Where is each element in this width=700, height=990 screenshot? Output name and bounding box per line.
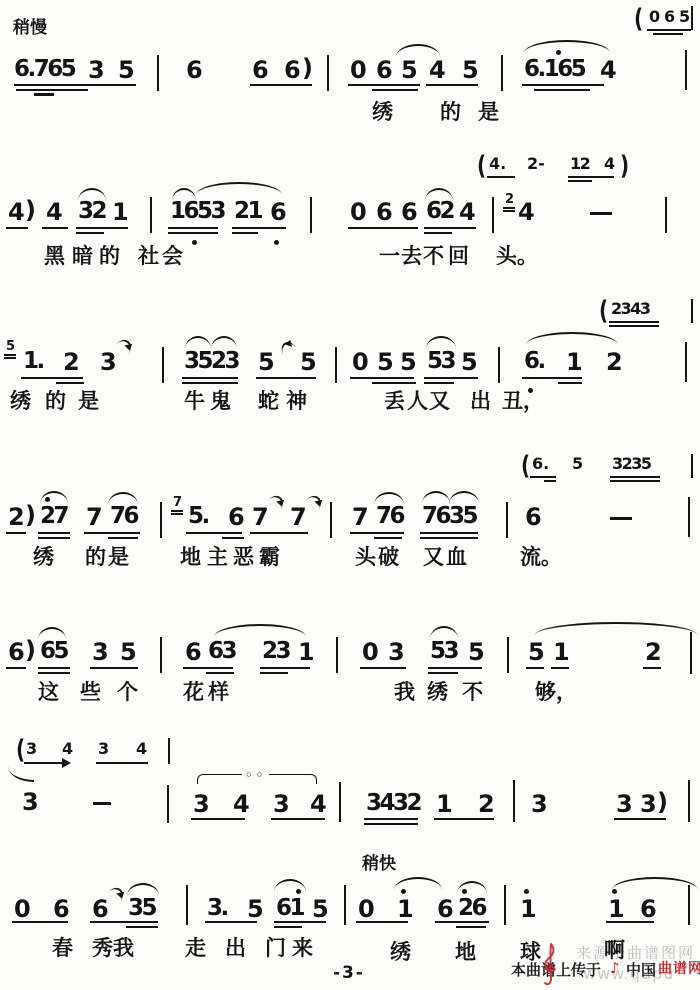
barline <box>688 885 690 925</box>
lyric: 个 <box>117 682 138 703</box>
note: 6 <box>92 897 108 921</box>
lyric: 头 <box>355 547 376 568</box>
beam-line <box>568 180 592 182</box>
note: 2 <box>645 640 661 664</box>
note: 1 <box>436 792 452 816</box>
octave-dot <box>524 889 529 894</box>
lyric: 黑 <box>44 246 65 267</box>
note: 6 <box>228 505 244 529</box>
beam-line <box>424 227 476 229</box>
lyric: 又 <box>423 547 444 568</box>
lyric: 走 <box>185 938 206 959</box>
slur-arc <box>211 336 237 349</box>
beam-line <box>90 921 158 923</box>
tempo-marking-fast: 稍快 <box>362 856 396 873</box>
beam-line <box>364 818 418 820</box>
lyric: 的 <box>440 102 461 123</box>
beam-line <box>428 672 458 674</box>
note: 3 <box>388 640 404 664</box>
portamento-down-icon <box>115 336 134 355</box>
beam-line <box>360 667 406 669</box>
beam-line <box>96 762 148 764</box>
parenthesis: ( <box>634 5 643 31</box>
beam-line <box>653 33 683 35</box>
note: 53 <box>427 350 454 373</box>
beam-line <box>420 532 478 534</box>
barline <box>330 502 332 538</box>
note: 21 <box>234 200 261 223</box>
lyric: 回 <box>448 246 469 267</box>
lyric: 我 <box>113 938 134 959</box>
cue-note: 4. <box>489 156 506 172</box>
slur-arc <box>172 188 196 201</box>
beam-line <box>434 818 494 820</box>
cue-note: 2- <box>527 156 545 172</box>
note: 4 <box>233 792 249 816</box>
lyric: 绣 <box>372 102 393 123</box>
beam-line <box>126 926 158 928</box>
slur-arc <box>524 40 610 53</box>
note: 1. <box>23 350 43 373</box>
note: 2 <box>606 350 622 374</box>
beam-line <box>487 176 515 178</box>
lyric: 破 <box>378 547 399 568</box>
beam-line <box>256 377 316 379</box>
note: 27 <box>40 505 67 528</box>
note: 3 <box>193 792 209 816</box>
beam-line <box>522 84 604 86</box>
note: 6 <box>284 58 300 82</box>
beam-line <box>274 921 326 923</box>
cue-note: 6. <box>532 456 549 472</box>
beam-line <box>424 382 454 384</box>
slur-arc <box>449 491 479 504</box>
note: 5 <box>312 897 328 921</box>
slur-arc <box>40 491 68 504</box>
barline <box>344 885 346 925</box>
slur-arc <box>374 492 404 505</box>
note: 5 <box>118 58 134 82</box>
lyric: 绣 <box>427 682 448 703</box>
slur-arc <box>108 492 138 505</box>
lyric: 流。 <box>520 547 562 568</box>
lyric: 丢 <box>384 391 405 412</box>
beam-line <box>606 921 654 923</box>
note: 6 <box>376 58 392 82</box>
lyric: 人 <box>407 391 428 412</box>
parenthesis: ( <box>521 452 530 478</box>
cue-note: 3 <box>98 741 109 757</box>
beam-line <box>34 93 54 96</box>
note: 5 <box>462 58 478 82</box>
beam-line <box>610 476 660 478</box>
beam-line <box>551 667 569 669</box>
octave-dot <box>274 240 279 245</box>
beam-line <box>168 227 218 229</box>
note: 3 <box>88 58 104 82</box>
beam-line <box>348 227 418 229</box>
lyric: 的 <box>45 391 66 412</box>
beam-line <box>372 89 418 91</box>
beam-line <box>206 672 234 674</box>
slur-arc <box>457 881 487 894</box>
barline <box>688 497 690 537</box>
beam-line <box>424 232 452 234</box>
lyric: 血 <box>446 547 467 568</box>
cue-note: 3235 <box>612 456 651 472</box>
lyric: 啊 <box>604 940 625 961</box>
beam-line <box>530 476 556 478</box>
barline <box>665 197 667 233</box>
dash-rest <box>610 517 632 520</box>
beam-line <box>205 921 257 923</box>
lyric: 秀 <box>92 938 113 959</box>
watermark-site-logo-text: 曲谱网 <box>658 962 700 976</box>
slur-arc <box>185 336 211 349</box>
beam-line <box>42 227 68 229</box>
note: 6 <box>53 897 69 921</box>
note: 0 <box>362 640 378 664</box>
beam-line <box>232 232 258 234</box>
beam-line <box>168 232 218 234</box>
dash-rest <box>93 802 111 805</box>
beam-line <box>356 921 408 923</box>
note: 3523 <box>184 350 238 373</box>
beam-line <box>108 537 138 539</box>
lyric: 门 <box>265 938 286 959</box>
barline <box>685 342 687 382</box>
barline <box>506 502 508 538</box>
sheet-music-page: 来源于曲谱图网 www.qupu 6.76535666)065456.1654(… <box>0 0 700 990</box>
lyric: 不 <box>423 246 444 267</box>
logo-note-icon: ♪ <box>610 961 620 976</box>
lyric: 又 <box>429 391 450 412</box>
note: 4 <box>600 58 616 82</box>
lyric: 会 <box>162 246 183 267</box>
beam-line <box>182 382 238 384</box>
parenthesis: ( <box>16 736 25 762</box>
slur-arc <box>196 182 282 195</box>
beam-line <box>90 667 138 669</box>
slur-arc <box>214 624 306 637</box>
note: 6 <box>8 640 24 664</box>
beam-line <box>364 823 418 825</box>
beam-line <box>350 377 414 379</box>
beam-line <box>21 377 83 379</box>
portamento-down-icon <box>267 492 286 511</box>
octave-dot <box>192 240 197 245</box>
lyric: 一 <box>379 246 400 267</box>
note: 6 <box>186 58 202 82</box>
barline <box>498 347 500 383</box>
beam-line <box>232 227 286 229</box>
beam-line <box>6 532 26 534</box>
note: 7635 <box>422 505 476 528</box>
note: 3 <box>100 350 116 374</box>
barline <box>310 197 312 233</box>
lyric: 鬼 <box>210 391 231 412</box>
barline <box>691 454 693 478</box>
beam-line <box>568 176 614 178</box>
beam-line <box>534 89 590 91</box>
lyric: 地 <box>455 942 476 963</box>
barline <box>167 785 169 823</box>
note: 65 <box>40 640 67 663</box>
barline <box>160 637 162 673</box>
slur-arc <box>425 188 453 201</box>
lyric: 出 <box>225 938 246 959</box>
barline <box>688 780 690 822</box>
lyric: 蛇 <box>258 391 279 412</box>
slur-arc <box>526 332 618 345</box>
lyric: 暗 <box>72 246 93 267</box>
lyric: 出 <box>470 391 491 412</box>
cue-note: 12 <box>570 156 589 172</box>
barline <box>504 885 506 925</box>
beam-line <box>6 227 28 229</box>
note: 0 <box>350 200 366 224</box>
barline <box>150 197 152 233</box>
watermark-site-name: 中国 <box>626 963 656 978</box>
note: 6 <box>376 200 392 224</box>
lyric: 社 <box>138 246 159 267</box>
note: 3 <box>22 790 38 814</box>
barline <box>691 6 693 30</box>
lyric: 的 <box>85 547 106 568</box>
note: 4 <box>429 58 445 82</box>
note: 1 <box>112 200 128 224</box>
lyric: 丑， <box>502 391 544 412</box>
note: 53 <box>430 640 457 663</box>
note: 6 <box>185 640 201 664</box>
note: 7 <box>252 505 268 529</box>
barline <box>501 55 503 91</box>
note: 5. <box>188 505 208 528</box>
beam-line <box>526 667 544 669</box>
beam-line <box>183 667 233 669</box>
note: 5 <box>401 58 417 82</box>
cue-note: 3 <box>26 741 37 757</box>
beam-line <box>522 377 582 379</box>
note: 3 <box>640 792 656 816</box>
beam-line <box>38 672 70 674</box>
beam-line <box>4 357 16 359</box>
beam-line <box>609 325 659 327</box>
note: 1 <box>520 897 536 921</box>
lyric: 去 <box>401 246 422 267</box>
parenthesis: ) <box>620 152 629 178</box>
lyric: 绣 <box>390 942 411 963</box>
lyric: 是 <box>108 547 129 568</box>
note: 1653 <box>170 200 224 223</box>
note: 26 <box>458 897 485 920</box>
lyric: 神 <box>286 391 307 412</box>
lyric: 来 <box>292 938 313 959</box>
note: 32 <box>78 200 105 223</box>
tempo-marking-slow: 稍慢 <box>13 20 47 37</box>
note: 7 <box>86 505 102 529</box>
cue-note: 0 <box>649 9 660 25</box>
beam-line <box>260 672 288 674</box>
treble-clef-icon <box>541 942 561 988</box>
beam-line <box>86 84 136 86</box>
note: 1 <box>298 640 314 664</box>
note: 3432 <box>366 792 420 815</box>
note: 5 <box>300 350 316 374</box>
beam-line <box>14 84 90 86</box>
lyric: 球 <box>520 942 541 963</box>
note: 1 <box>566 350 582 374</box>
note: 5 <box>377 350 393 374</box>
beam-line <box>171 510 183 512</box>
lyric: 不 <box>462 682 483 703</box>
note: 4 <box>518 200 534 224</box>
beam-line <box>4 354 16 356</box>
cue-note: 6 <box>664 9 675 25</box>
beam-line <box>647 29 691 31</box>
lyric: 地 <box>180 547 201 568</box>
dash-rest <box>590 212 612 215</box>
slur-arc <box>612 877 698 890</box>
note: 61 <box>276 897 303 920</box>
lyric: 春 <box>52 938 73 959</box>
beam-line <box>274 926 302 928</box>
lyric: 些 <box>80 682 101 703</box>
beam-line <box>350 532 404 534</box>
cue-note: 4 <box>62 741 73 757</box>
beam-line <box>348 84 420 86</box>
note: 6 <box>270 200 286 224</box>
beam-line <box>260 667 310 669</box>
barline <box>335 347 337 383</box>
lyric: 样 <box>208 682 229 703</box>
note: 62 <box>426 200 453 223</box>
cue-note: 4 <box>136 741 147 757</box>
lyric: 恶 <box>233 547 254 568</box>
note: 5 <box>258 350 274 374</box>
note: 5 <box>400 350 416 374</box>
barline <box>691 299 693 323</box>
note: 7 <box>352 505 368 529</box>
note: 6.165 <box>524 58 584 81</box>
beam-line <box>558 382 582 384</box>
note: 2 <box>63 350 79 374</box>
note: 0 <box>352 350 368 374</box>
beam-line <box>271 818 325 820</box>
note: 0 <box>14 897 30 921</box>
grace-note: 7 <box>173 496 182 509</box>
barline <box>162 347 164 383</box>
beam-line <box>56 382 84 384</box>
lyric: 主 <box>207 547 228 568</box>
note: 5 <box>468 640 484 664</box>
slur-arc <box>422 491 450 504</box>
note: 2 <box>478 792 494 816</box>
note: 1 <box>608 897 624 921</box>
note: 4 <box>8 200 24 224</box>
lyric: 绣 <box>33 547 54 568</box>
note: 3. <box>207 897 227 920</box>
note: 6 <box>525 505 541 529</box>
slur-arc <box>127 883 159 896</box>
beam-line <box>503 207 515 209</box>
lyric: 我 <box>394 682 415 703</box>
portamento-down-icon <box>305 492 324 511</box>
watermark-source-text: 来源于曲谱图网 <box>576 946 695 961</box>
barline <box>339 782 341 822</box>
beam-line <box>544 480 556 482</box>
beam-line <box>503 210 515 212</box>
note: 4 <box>310 792 326 816</box>
beam-line <box>609 321 659 323</box>
beam-line <box>76 227 128 229</box>
cue-note: 4 <box>604 156 615 172</box>
glissando-arrow <box>24 762 68 764</box>
beam-line <box>250 532 308 534</box>
cue-note: 5 <box>572 456 583 472</box>
beam-line <box>171 513 183 515</box>
note: 5 <box>247 897 263 921</box>
note: 3 <box>273 792 289 816</box>
note: 3 <box>92 640 108 664</box>
lyric: 是 <box>478 102 499 123</box>
note: 1 <box>553 640 569 664</box>
lyric: 牛 <box>184 391 205 412</box>
note: 3 <box>531 792 547 816</box>
slur-arc <box>426 336 456 349</box>
note: 5 <box>528 640 544 664</box>
note: 7 <box>290 505 306 529</box>
lyric: 霸 <box>259 547 280 568</box>
note: 0 <box>350 58 366 82</box>
barline <box>327 55 329 91</box>
note: 0 <box>358 897 374 921</box>
note: ) <box>302 56 312 80</box>
beam-line <box>191 818 245 820</box>
slur-arc <box>394 877 442 890</box>
note: 5 <box>461 350 477 374</box>
barline <box>492 197 494 233</box>
note: 76 <box>376 505 403 528</box>
parenthesis: ( <box>599 297 608 323</box>
beam-line <box>222 537 244 539</box>
barline <box>157 55 159 91</box>
cue-note: 5 <box>679 9 690 25</box>
barline <box>690 632 692 674</box>
grace-note: 2 <box>505 193 514 206</box>
beam-line <box>372 382 416 384</box>
parenthesis: ( <box>477 152 486 178</box>
note: 6.765 <box>14 58 74 81</box>
barline <box>336 637 338 673</box>
beam-line <box>250 84 312 86</box>
tie-tail <box>8 766 34 782</box>
beam-line <box>374 537 402 539</box>
beam-line <box>614 818 666 820</box>
note: 3 <box>616 792 632 816</box>
lyric: 的 <box>99 246 120 267</box>
barline <box>168 738 170 764</box>
slur-arc <box>78 188 106 201</box>
note: 23 <box>262 640 289 663</box>
beam-line <box>426 84 478 86</box>
note: 5 <box>120 640 136 664</box>
beam-line <box>424 377 478 379</box>
beam-line <box>456 926 486 928</box>
grace-note: 5 <box>6 340 15 353</box>
beam-line <box>76 232 104 234</box>
slur-arc <box>535 622 697 635</box>
